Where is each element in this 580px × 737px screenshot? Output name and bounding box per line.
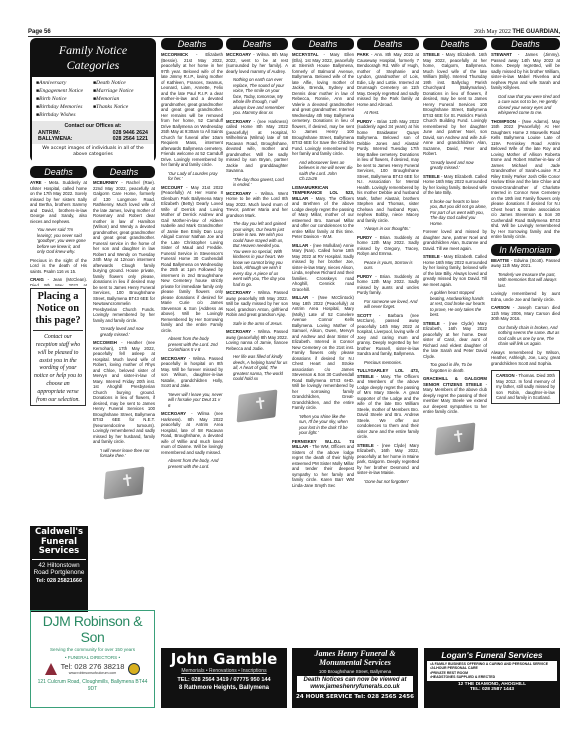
notice-column: DeathsPARK - Ann. 8th May 2022 at Causew… — [357, 38, 419, 644]
ad-address: 8 Rathmore Heights, Ballymena — [163, 685, 285, 691]
category-item: Birthday Memories — [36, 104, 93, 110]
ad-tel: 24 HOUR SERVICE Tel: 028 2565 2456 — [294, 694, 416, 700]
death-notice: MCCROARY - Wilma (nee Harkness). 8th May… — [161, 411, 223, 455]
office-phone: 028 2564 1221 — [113, 136, 148, 142]
notice-verse: 'Greatly loved and now greatly missed.' — [423, 160, 487, 171]
notice-name: STEELE — [423, 174, 440, 179]
notice-name: MILLAR — [292, 243, 308, 248]
notice-text: - Mary Elizabeth. 16th May 2022, peacefu… — [423, 52, 487, 156]
notice-text: - (Nee Adams). May 15th 2022 (Peacefully… — [491, 119, 560, 240]
notice-text: - May 21st 2022 (Peacefully) At Her Home… — [161, 185, 223, 333]
issue-date: 26th May 2022 — [474, 29, 511, 35]
death-notice: MCCROARY - (nee Harkness) called Home 8t… — [226, 119, 288, 174]
notice-text: - (nee Mollullan) Annie Mary (Nan). Call… — [292, 243, 354, 292]
death-notice: STEELE - Mary Elizabeth. Called Home 16t… — [423, 174, 487, 196]
ad-point: •HEADSTONES SUPPLIED & ERECTED — [430, 675, 554, 679]
notice-verse: The day you left and gained your wings, … — [226, 221, 288, 287]
notice-name: CRAIG — [30, 277, 44, 282]
notice-column: DeathsSTEWART - James (Jimmy). Passed aw… — [491, 38, 560, 644]
ad-name: DJM Robinson & Son — [33, 613, 152, 645]
notice-text: - Wilma. Passed peacefully in hospital o… — [161, 356, 223, 389]
section-header-deaths: Deaths — [491, 38, 560, 50]
memoriam-box: CARSON - Thomas. Died 30th May 2012. In … — [491, 370, 560, 404]
notice-column: DeathsAYRE - Meta. Suddenly at Ulster Ho… — [30, 166, 87, 286]
ad-notice: Death Notices can now be viewed at www.j… — [297, 676, 413, 692]
death-notice: GRACEHILL & GALGORM SENIOR CITIZENS STEE… — [423, 376, 487, 415]
notice-name: STEELE — [357, 443, 374, 448]
ad-address: 100 Broughshane Street, Ballymena — [294, 669, 416, 674]
ad-caldwells: Caldwell's Funeral Services 42 Hiltonsto… — [30, 526, 88, 612]
section-header-deaths: Deaths — [292, 38, 354, 50]
notice-verse: 'I will never leave thee nor forsake the… — [93, 448, 155, 459]
categories-title: Family Notice Categories — [32, 40, 154, 77]
bible-cross-icon: ✝ — [432, 421, 478, 457]
death-notice: PURDY - Brian. Suddenly at home 12th May… — [357, 274, 419, 296]
placing-notice-box: Placing a Notice on this page? Contact o… — [30, 288, 86, 406]
placing-heading: Placing a Notice on this page? — [33, 291, 83, 331]
category-item: Memorian — [93, 96, 150, 102]
death-notice: STEELE - Mary Elizabeth. Called Home 16t… — [423, 254, 487, 287]
notice-name: CARSON — [491, 305, 510, 310]
notice-text: - Rachel (Rae). 22nd May 2022, peacefull… — [93, 180, 155, 323]
notice-text: - Mary Ellen (Ella). 1st May 2022, peace… — [292, 52, 354, 156]
notice-name: PURDY — [357, 235, 372, 240]
death-notice: STEELE - Mary Elizabeth. 16th May 2022, … — [423, 52, 487, 157]
notice-name: PURDY — [357, 119, 372, 124]
section-header-in-memoriam: In Memoriam — [491, 244, 560, 256]
notice-footer: Precious in the sight of the Lord is the… — [30, 258, 87, 275]
notice-name: MCBURNEY — [93, 180, 118, 185]
category-item: Marriage Notice — [93, 88, 150, 94]
death-notice: FERNISKEY W.L.O.L 74 MILLAR - The WM, Of… — [292, 439, 354, 489]
notice-column: DeathsSTEELE - Mary Elizabeth. 16th May … — [423, 38, 487, 644]
bible-cross-icon: ✝ — [234, 388, 280, 424]
death-notice: MCCROARY - Wilma. Passed peacefully in h… — [161, 356, 223, 389]
ad-address: 121 Culcrum Road, Cloughmills, Ballymena… — [33, 679, 152, 693]
notice-name: PURDY — [357, 274, 372, 279]
death-notice: MCCORMICK - Elizabeth (Bessie). 21st May… — [161, 52, 223, 168]
death-notice: MCBURNEY - Rachel (Rae). 22nd May 2022, … — [93, 180, 155, 323]
notice-text: - (nee Harkness) called Home 8th May 202… — [226, 119, 288, 174]
death-notice: MCCOURT - May 21st 2022 (Peacefully) At … — [161, 185, 223, 334]
notice-name: MCCROARY — [226, 329, 251, 334]
death-notice: MCCOMISH - Heather (nee Kernohan), 17th … — [93, 340, 155, 445]
death-notice: AYRE - Meta. Suddenly at Ulster Hospital… — [30, 180, 87, 224]
section-header-deaths: Deaths — [161, 38, 223, 50]
emblem-icon — [128, 663, 140, 675]
notice-verse: Nothing on earth can ever replace, The s… — [226, 77, 288, 116]
notice-name: CARSON — [496, 373, 515, 378]
notice-verse: 'Always in our thoughts.' — [357, 226, 419, 232]
death-notice: STEELE - (nee Clyde) Mary Elizabeth, 16t… — [357, 443, 419, 476]
category-item: Death Notice — [93, 80, 150, 86]
notice-text: - (Nee McClintock) May 18th 2022 (Peacef… — [292, 295, 354, 410]
notice-verse: Safe in the arms of Jesus. — [226, 321, 288, 327]
category-item: Anniversary — [36, 80, 93, 86]
death-notice: PURDY - Brian 12th May 2022 (suddenly ag… — [357, 119, 419, 224]
notice-verse: Tenderly we treasure the past, With memo… — [491, 272, 560, 289]
notice-name: MCCROARY — [161, 356, 186, 361]
notice-text: - The WM, Officers and Sisters of the ab… — [292, 444, 354, 488]
notice-name: STEELE — [423, 52, 440, 57]
death-notice: MCCROARY - Wilma. 8th May 2022, went to … — [226, 52, 288, 74]
notice-text: - Mary. The Officers and Brethren of the… — [292, 196, 354, 240]
ad-address: 42 Hiltonstown Road Portglenone — [32, 562, 86, 576]
ad-djm-robinson: DJM Robinson & Son Serving the community… — [30, 610, 155, 708]
notice-name: GRACEHILL & GALGORM SENIOR CITIZENS STEE… — [423, 376, 487, 387]
notice-verse: A golden heart stopped beating, Hardwork… — [423, 290, 487, 318]
ad-role: • FUNERAL DIRECTORS • — [33, 655, 152, 660]
notice-name: THOMPSON — [491, 119, 516, 124]
ad-tel: Tel: 028 276 38218 — [61, 663, 125, 671]
notice-text: - (nee Clyde) Mary Elizabeth, 16th May 2… — [423, 321, 487, 359]
bible-cross-icon: ✝ — [101, 465, 147, 501]
death-notice: PARK - Ann. 8th May 2022 at Causeway Hos… — [357, 52, 419, 107]
notice-column: DeathsMCCROARY - Wilma. 8th May 2022, we… — [226, 38, 288, 598]
notice-footer: Always remembered by Wilson, Heather, As… — [491, 350, 560, 367]
notice-verse: 'Greatly loved and now greatly missed.' — [93, 326, 155, 337]
notice-verse: 'Our Lady of Lourdes pray for her.' — [161, 171, 223, 182]
notice-column: DeathsMCCORMICK - Elizabeth (Bessie). 21… — [161, 38, 223, 644]
notice-text: - Mary. The Officers and Members of the … — [357, 374, 419, 440]
category-item: Thanks Notice — [93, 104, 150, 110]
notice-name: BEATTIE — [491, 258, 509, 263]
death-notice: MCCROARY - Wilma. Went Home to be with t… — [226, 191, 288, 219]
notice-name: MCCOURT — [161, 185, 183, 190]
category-item: Birthday Wishes — [36, 112, 93, 118]
notice-name: PARK — [357, 52, 369, 57]
notice-name: MCCRYSTAL — [292, 52, 319, 57]
death-notice: SCOTT - Barbara (nee McClure), passed aw… — [357, 313, 419, 357]
death-notice: MCCRYSTAL - Mary Ellen (Ella). 1st May 2… — [292, 52, 354, 157]
notice-text: - Meta. Suddenly at Ulster Hospital, cal… — [30, 180, 87, 224]
ad-tel: TEL: 028 2564 3419 / 07775 950 144 — [163, 677, 285, 683]
notice-text: - James (Jimmy). Passed away 14th May 20… — [491, 52, 560, 90]
notice-column: DeathsMCCRYSTAL - Mary Ellen (Ella). 1st… — [292, 38, 354, 644]
ad-name: James Henry Funeral & Monumental Service… — [294, 650, 416, 668]
death-notice: MCCROARY - Wilma. Passed away (peacefull… — [226, 329, 288, 351]
notice-verse: It broke our hearts to lose you, But you… — [423, 199, 487, 227]
notice-name: MCCROARY — [226, 119, 251, 124]
notice-text: - Elizabeth (Bessie). 21st May 2022, pea… — [161, 52, 223, 167]
ad-services: Memorials • Renovations • Inscriptions — [163, 668, 285, 674]
family-notice-categories: Family Notice Categories Anniversary Dea… — [30, 38, 156, 162]
notice-verse: 'When you shine like the sun, I'll be yo… — [292, 414, 354, 436]
notice-verse: And whosoever lives an believes in me wi… — [292, 160, 354, 182]
ad-name: John Gamble — [163, 650, 285, 668]
notice-footer: Forever loved and missed by daughter Jun… — [423, 229, 487, 251]
notice-verse: Absent from the body present with the Lo… — [161, 336, 223, 353]
accept-images-note: We accept images of individuals in all o… — [36, 146, 150, 158]
notice-verse: For someone we loved, And will never for… — [357, 299, 419, 310]
notice-verse: Peace is yours, Sorrow is ours. — [357, 260, 419, 271]
page-number: Page 56 — [28, 29, 51, 35]
notice-verse: Too good in life, To be forgotten in dea… — [423, 362, 487, 373]
header-rule — [28, 36, 560, 37]
notice-text: - Wilma (nee Harkness). 8th May 2022 pea… — [161, 411, 223, 455]
ad-john-gamble: John Gamble Memorials • Renovations • In… — [161, 648, 287, 708]
masthead: 26th May 2022 THE GUARDIAN, — [474, 29, 560, 35]
triangle-logo-icon — [45, 663, 57, 675]
notice-verse: 'The day thou gavest, Lord is ended.' — [226, 177, 288, 188]
ad-web: www.robinsonsofculcrum.com — [61, 671, 125, 675]
notice-name: STEELE — [423, 254, 440, 259]
section-header-deaths: Deaths — [357, 38, 419, 50]
death-notice: THOMPSON - (Nee Adams). May 15th 2022 (P… — [491, 119, 560, 240]
notice-verse: Her life was filled of kindly deeds, A h… — [226, 354, 288, 382]
ad-name: Caldwell's Funeral Services — [32, 528, 86, 560]
section-header-deaths: Deaths — [226, 38, 288, 50]
notice-verse: You never said 'I'm leaving', you never … — [30, 227, 87, 255]
ad-james-henry: James Henry Funeral & Monumental Service… — [292, 648, 418, 708]
memoriam-notice: BEATTIE - Edwina (Scott). Passed away 11… — [491, 258, 560, 269]
ad-name: Logan's Funeral Services — [426, 650, 558, 660]
ad-logans: Logan's Funeral Services •A FAMILY BUSIN… — [424, 648, 560, 708]
notice-text: - Brian 12th May 2022 (suddenly aged 34 … — [357, 119, 419, 223]
notice-text: - Mary Elizabeth. Called Home 16th May 2… — [423, 254, 487, 287]
death-notice: CRAIG - Jean (McClean). Died 9th May 202… — [30, 277, 87, 286]
memoriam-notice: CARSON - Joseph Carson died 11th May 200… — [491, 305, 560, 322]
notice-name: MCCROARY — [226, 52, 251, 57]
office-name: BALLYMENA: — [38, 136, 73, 142]
ad-points: •A FAMILY BUSINESS OFFERING A CARING AND… — [427, 661, 557, 681]
death-notice: TULLYGARLEY LOL 473, STEELE - Mary. The … — [357, 368, 419, 440]
ad-tel: TEL: 028 2587 1443 — [426, 687, 558, 693]
notice-name: MCCORMICK — [161, 52, 188, 57]
notice-column: DeathsMCBURNEY - Rachel (Rae). 22nd May … — [93, 166, 155, 606]
death-notice: STEWART - James (Jimmy). Passed away 14t… — [491, 52, 560, 91]
category-list: Anniversary Death Notice Engagement Noti… — [36, 80, 150, 118]
notice-verse: 'Gone but not forgotten' — [357, 479, 419, 485]
notice-text: - Mary. Members of the above club deeply… — [423, 382, 487, 415]
notice-name: STEWART — [491, 52, 512, 57]
death-notice: MILLAR - (nee Mollullan) Annie Mary (Nan… — [292, 243, 354, 293]
notice-name: MCCOMISH — [93, 340, 117, 345]
notice-text: - Barbara (nee McClure), passed away pea… — [357, 313, 419, 357]
notice-name: STEELE — [423, 321, 440, 326]
notice-text: - Ann. 8th May 2022 at Causeway Hospital… — [357, 52, 419, 107]
notice-text: - (nee Clyde) Mary Elizabeth, 16th May 2… — [357, 443, 419, 476]
ad-tel: Tel: 028 25821666 — [32, 578, 86, 584]
notice-footer: Lovingly remembered by aunt Edna, uncle … — [491, 291, 560, 302]
category-item: Engagement Notice — [36, 88, 93, 94]
notice-name: MCCROARY — [161, 411, 186, 416]
notice-name: MCCROARY — [226, 191, 251, 196]
death-notice: LISNAMURRICAN TEMPERANCE LOL 523, MILLAR… — [292, 185, 354, 240]
section-header-deaths: Deaths — [30, 166, 87, 178]
notice-verse: 'Never will I leave you, never will I fo… — [161, 392, 223, 409]
death-notice: STEELE - (nee Clyde) Mary Elizabeth, 16t… — [423, 321, 487, 360]
section-header-deaths: Deaths — [93, 166, 155, 178]
notice-verse: Precious memories. — [357, 360, 419, 366]
notice-name: SCOTT — [357, 313, 372, 318]
section-header-deaths: Deaths — [423, 38, 487, 50]
notice-verse: Our family chain is broken, And nothing … — [491, 325, 560, 347]
death-notice: PURDY - Brian. Suddenly at home 12th May… — [357, 235, 419, 257]
contact-offices: Contact our Offices at: ANTRIM:028 9446 … — [32, 121, 154, 144]
notice-name: MCCROARY — [226, 290, 251, 295]
category-item: Birth Notice — [36, 96, 93, 102]
notice-verse: God saw that you were tired and a cure w… — [491, 94, 560, 116]
death-notice: MILLAR - (Nee McClintock) May 18th 2022 … — [292, 295, 354, 411]
death-notice: MCCROARY - Wilma. Passed away peacefully… — [226, 290, 288, 318]
notice-text: - Heather (nee Kernohan), 17th May 2022,… — [93, 340, 155, 444]
notice-name: MILLAR — [292, 295, 308, 300]
ad-slogan: Serving the community for over 150 years — [33, 647, 152, 652]
contact-title: Contact our Offices at: — [38, 123, 148, 129]
notice-verse: Absent from the body, And present with t… — [161, 458, 223, 469]
notice-verse: At Rest. — [357, 110, 419, 116]
paper-name: THE GUARDIAN, — [512, 29, 560, 35]
placing-body: Contact our reception staff who will be … — [33, 334, 83, 404]
notice-name: AYRE — [30, 180, 42, 185]
